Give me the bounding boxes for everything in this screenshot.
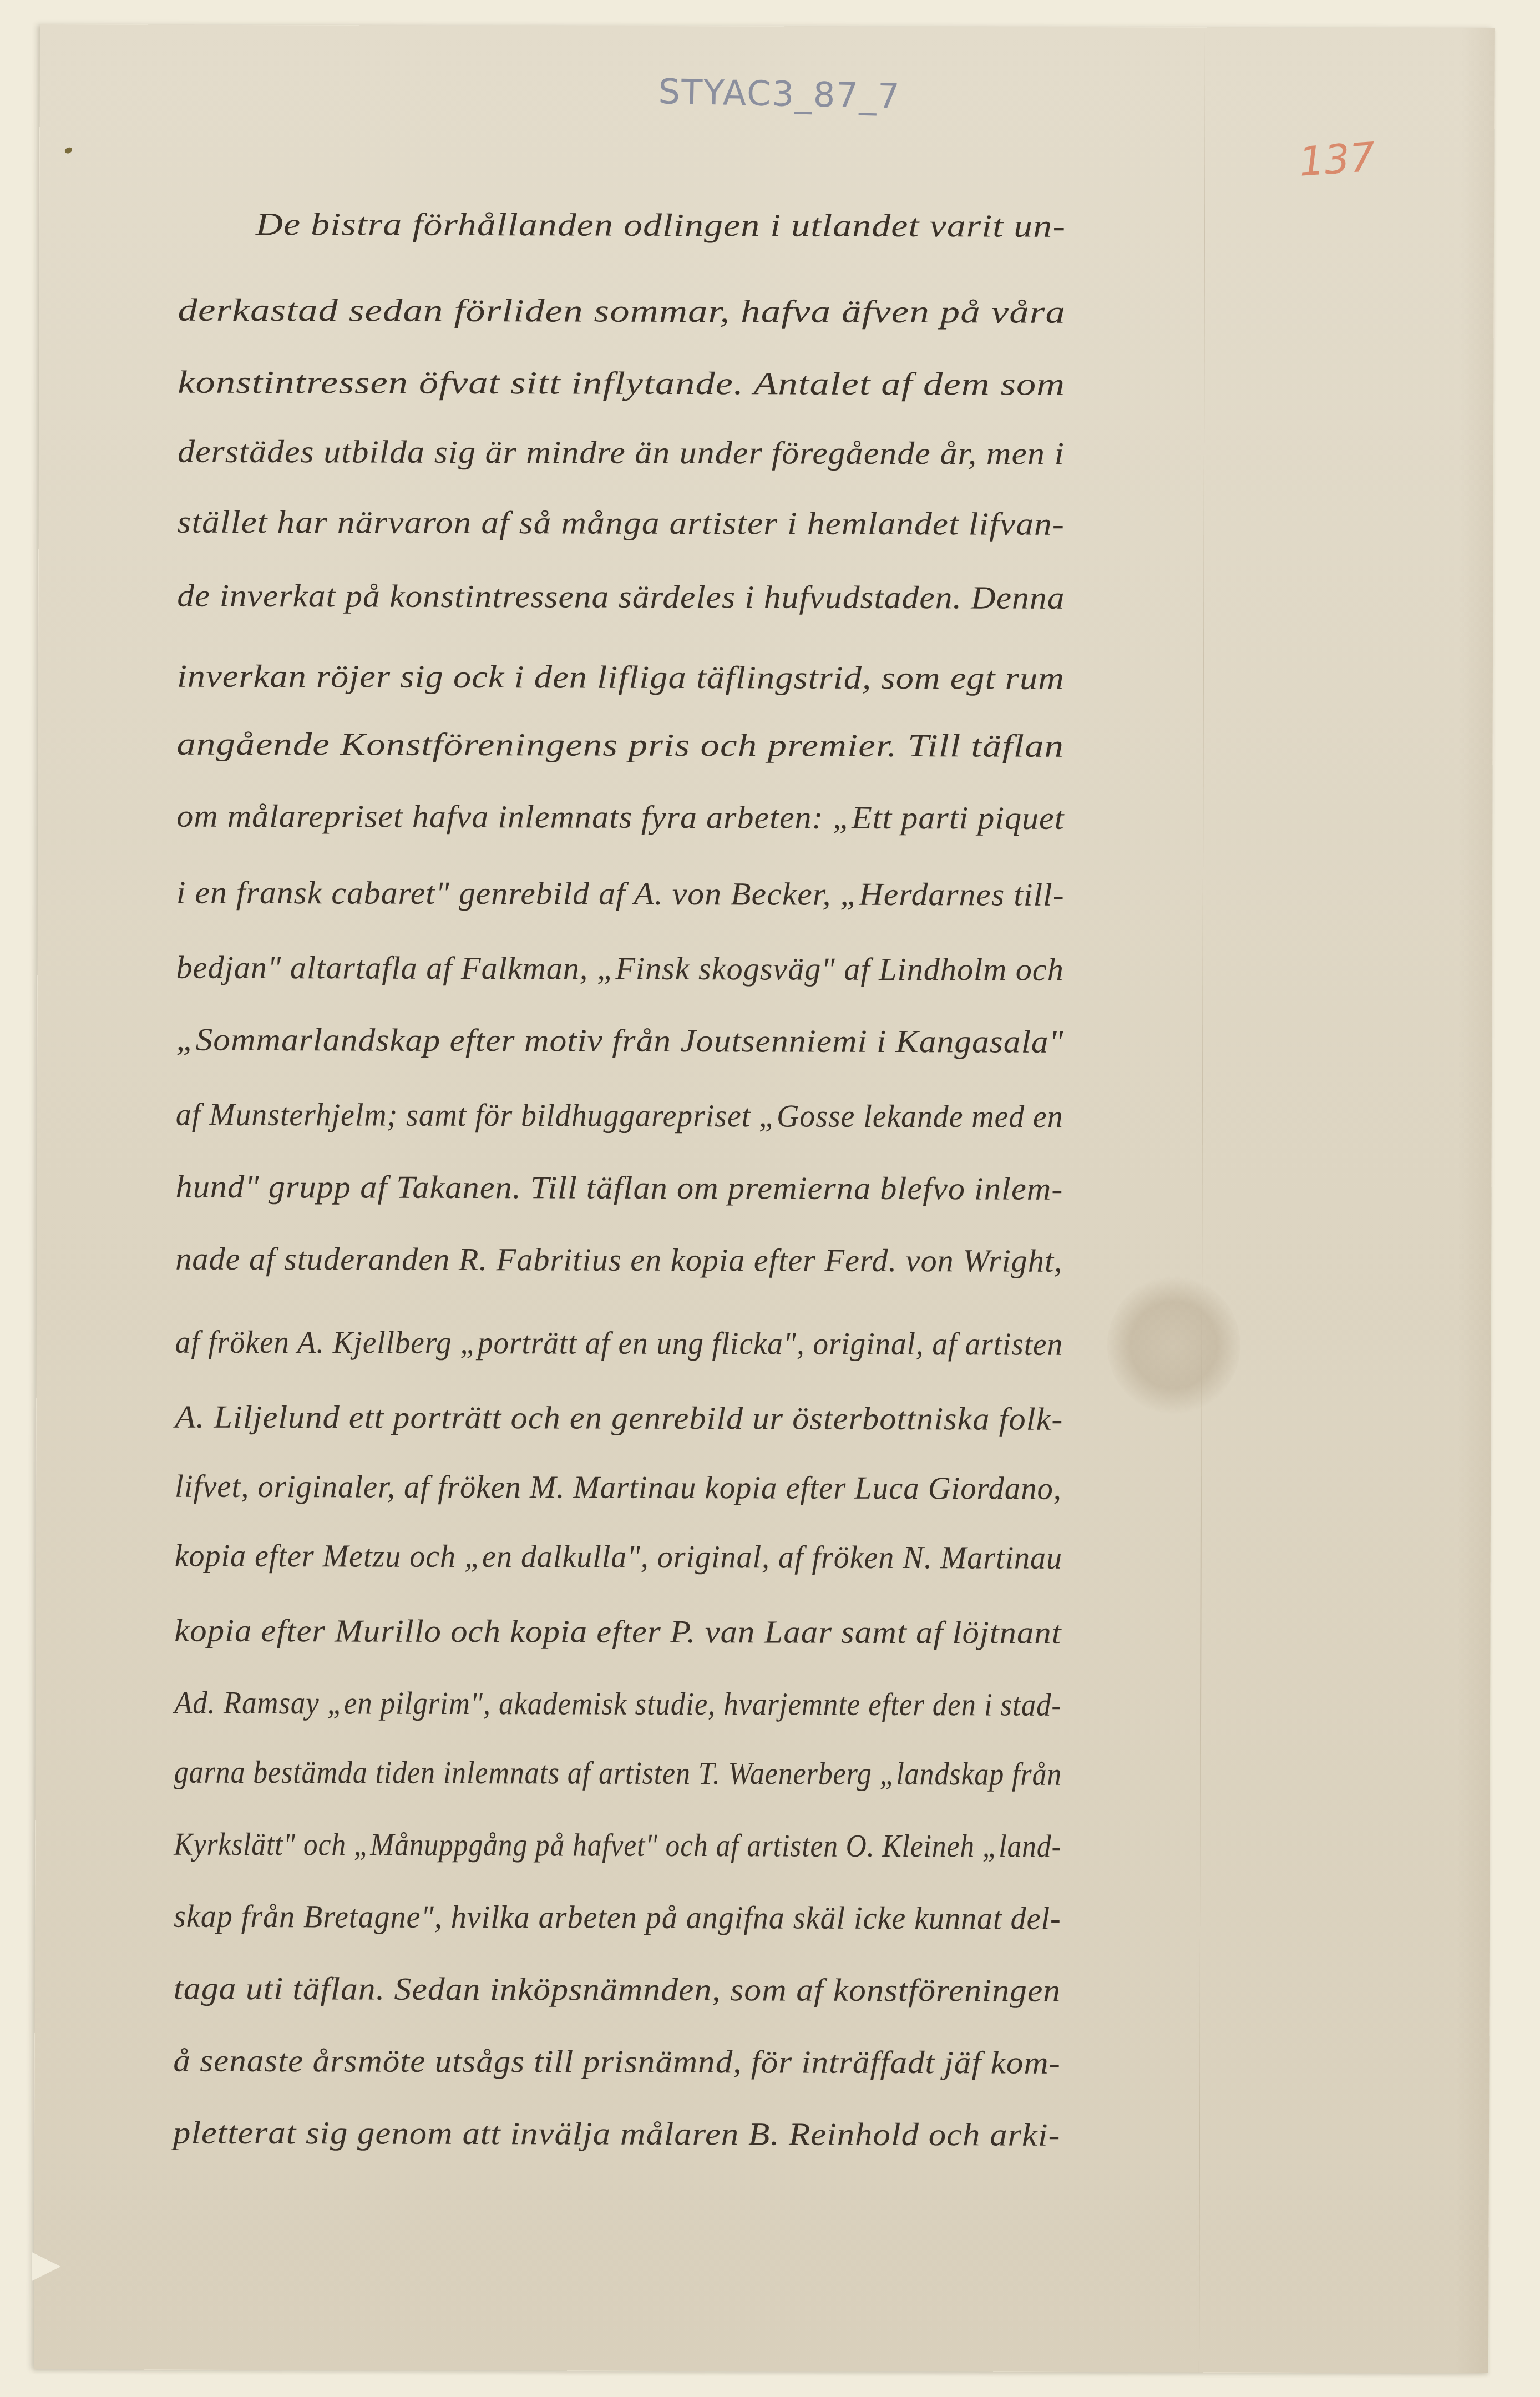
text-line: garna bestämda tiden inlemnats af artist…: [174, 1753, 1062, 1793]
text-line: „Sommarlandskap efter motiv från Joutsen…: [176, 1021, 1063, 1060]
text-line: af fröken A. Kjellberg „porträtt af en u…: [175, 1323, 1063, 1363]
text-line: Kyrkslätt" och „Månuppgång på hafvet" oc…: [174, 1825, 1061, 1865]
text-line: om målarepriset hafva inlemnats fyra arb…: [176, 797, 1064, 837]
text-line: kopia efter Metzu och „en dalkulla", ori…: [175, 1537, 1062, 1576]
text-line: derkastad sedan förliden sommar, hafva ä…: [178, 291, 1066, 331]
text-line: å senaste årsmöte utsågs till prisnämnd,…: [173, 2042, 1061, 2081]
text-line: taga uti täflan. Sedan inköpsnämnden, so…: [174, 1970, 1061, 2009]
text-line: derstädes utbilda sig är mindre än under…: [178, 433, 1065, 472]
text-line: i en fransk cabaret" genrebild af A. von…: [176, 874, 1065, 913]
manuscript-page: STYAC3_87_7 137 De bistra förhållanden o…: [34, 24, 1495, 2373]
text-line: A. Liljelund ett porträtt och en genrebi…: [175, 1398, 1063, 1438]
text-line: lifvet, originaler, af fröken M. Martina…: [175, 1468, 1062, 1507]
text-line: konstintressen öfvat sitt inflytande. An…: [178, 363, 1065, 403]
text-line: nade af studeranden R. Fabritius en kopi…: [175, 1240, 1063, 1280]
text-line: skap från Bretagne", hvilka arbeten på a…: [174, 1898, 1061, 1937]
text-line: kopia efter Murillo och kopia efter P. v…: [174, 1612, 1061, 1651]
text-line: pletterat sig genom att invälja målaren …: [173, 2114, 1061, 2153]
text-line: Ad. Ramsay „en pilgrim", akademisk studi…: [174, 1684, 1062, 1723]
text-line: de inverkat på konstintressena särdeles …: [177, 577, 1065, 616]
text-line: stället har närvaron af så många artiste…: [178, 503, 1065, 543]
text-line: af Munsterhjelm; samt för bildhuggarepri…: [176, 1096, 1063, 1135]
text-line: De bistra förhållanden odlingen i utland…: [256, 205, 1066, 245]
text-line: inverkan röjer sig ock i den lifliga täf…: [177, 658, 1065, 697]
text-line: bedjan" altartafla af Falkman, „Finsk sk…: [176, 949, 1063, 988]
text-line: angående Konstföreningens pris och premi…: [177, 725, 1065, 765]
text-line: hund" grupp af Takanen. Till täflan om p…: [175, 1168, 1063, 1207]
handwritten-text: De bistra förhållanden odlingen i utland…: [34, 24, 1495, 2373]
